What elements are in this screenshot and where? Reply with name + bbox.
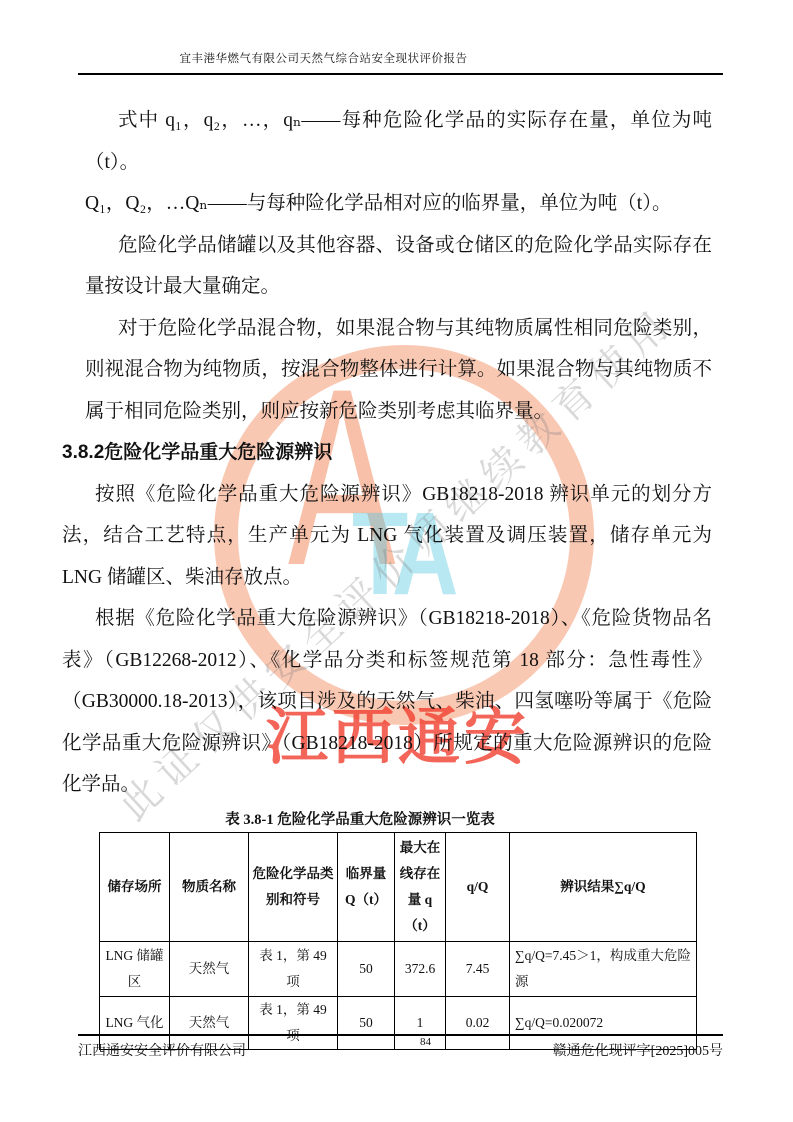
paragraph-storage: 危险化学品储罐以及其他容器、设备或仓储区的危险化学品实际存在量按设计最大量确定。: [85, 225, 712, 308]
page-header-title: 宜丰港华燃气有限公司天然气综合站安全现状评价报告: [0, 50, 720, 66]
table-header-cell: 危险化学品类别和符号: [249, 832, 338, 941]
table-header-cell: q/Q: [446, 832, 510, 941]
paragraph-standards: 根据《危险化学品重大危险源辨识》（GB18218-2018）、《危险货物品名表》…: [62, 598, 712, 806]
table-cell: 372.6: [395, 941, 446, 996]
table-cell: LNG 储罐区: [100, 941, 170, 996]
table-header-cell: 临界量 Q（t）: [338, 832, 395, 941]
footer-page-number: 84: [420, 1036, 431, 1048]
table-cell: 50: [338, 996, 395, 1049]
table-cell: 7.45: [446, 941, 510, 996]
footer-company-name: 江西通安安全评价有限公司: [78, 1040, 246, 1060]
hazard-identification-table: 储存场所 物质名称 危险化学品类别和符号 临界量 Q（t） 最大在线存在量 q（…: [99, 832, 697, 1050]
footer-document-number: 赣通危化现评字[2025]005号: [553, 1040, 723, 1060]
report-page: A TA 此证仅供安全评价师继续教育使用 江西通安 宜丰港华燃气有限公司天然气综…: [0, 0, 793, 1122]
page-content-layer: 宜丰港华燃气有限公司天然气综合站安全现状评价报告 式中 q₁，q₂，…，qₙ——…: [0, 0, 793, 1122]
table-cell: ∑q/Q=7.45＞1，构成重大危险源: [510, 941, 697, 996]
table-title: 表 3.8-1 危险化学品重大危险源辨识一览表: [62, 810, 658, 830]
table-header-cell: 最大在线存在量 q（t）: [395, 832, 446, 941]
footer-rule: [78, 1034, 723, 1036]
table-header-cell: 储存场所: [100, 832, 170, 941]
table-cell: 天然气: [170, 941, 249, 996]
section-heading-3-8-2: 3.8.2危险化学品重大危险源辨识: [62, 432, 712, 474]
paragraph-formula-q: 式中 q₁，q₂，…，qₙ——每种危险化学品的实际存在量，单位为吨（t）。: [85, 100, 712, 183]
table-header-cell: 物质名称: [170, 832, 249, 941]
header-rule: [78, 73, 723, 75]
paragraph-formula-Q: Q₁，Q₂，…Qₙ——与每种险化学品相对应的临界量，单位为吨（t）。: [85, 183, 712, 225]
table-row: LNG 储罐区 天然气 表 1，第 49 项 50 372.6 7.45 ∑q/…: [100, 941, 697, 996]
table-cell: 表 1，第 49 项: [249, 996, 338, 1049]
table-cell: 表 1，第 49 项: [249, 941, 338, 996]
formula-explanation-block: 式中 q₁，q₂，…，qₙ——每种危险化学品的实际存在量，单位为吨（t）。 Q₁…: [85, 100, 712, 432]
paragraph-unit-division: 按照《危险化学品重大危险源辨识》GB18218-2018 辨识单元的划分方法，结…: [62, 474, 712, 599]
table-cell: 50: [338, 941, 395, 996]
table-cell: 0.02: [446, 996, 510, 1049]
paragraph-mixture: 对于危险化学品混合物，如果混合物与其纯物质属性相同危险类别，则视混合物为纯物质，…: [85, 308, 712, 433]
table-header-cell: 辨识结果∑q/Q: [510, 832, 697, 941]
table-header-row: 储存场所 物质名称 危险化学品类别和符号 临界量 Q（t） 最大在线存在量 q（…: [100, 832, 697, 941]
document-body: 式中 q₁，q₂，…，qₙ——每种危险化学品的实际存在量，单位为吨（t）。 Q₁…: [62, 100, 712, 1050]
